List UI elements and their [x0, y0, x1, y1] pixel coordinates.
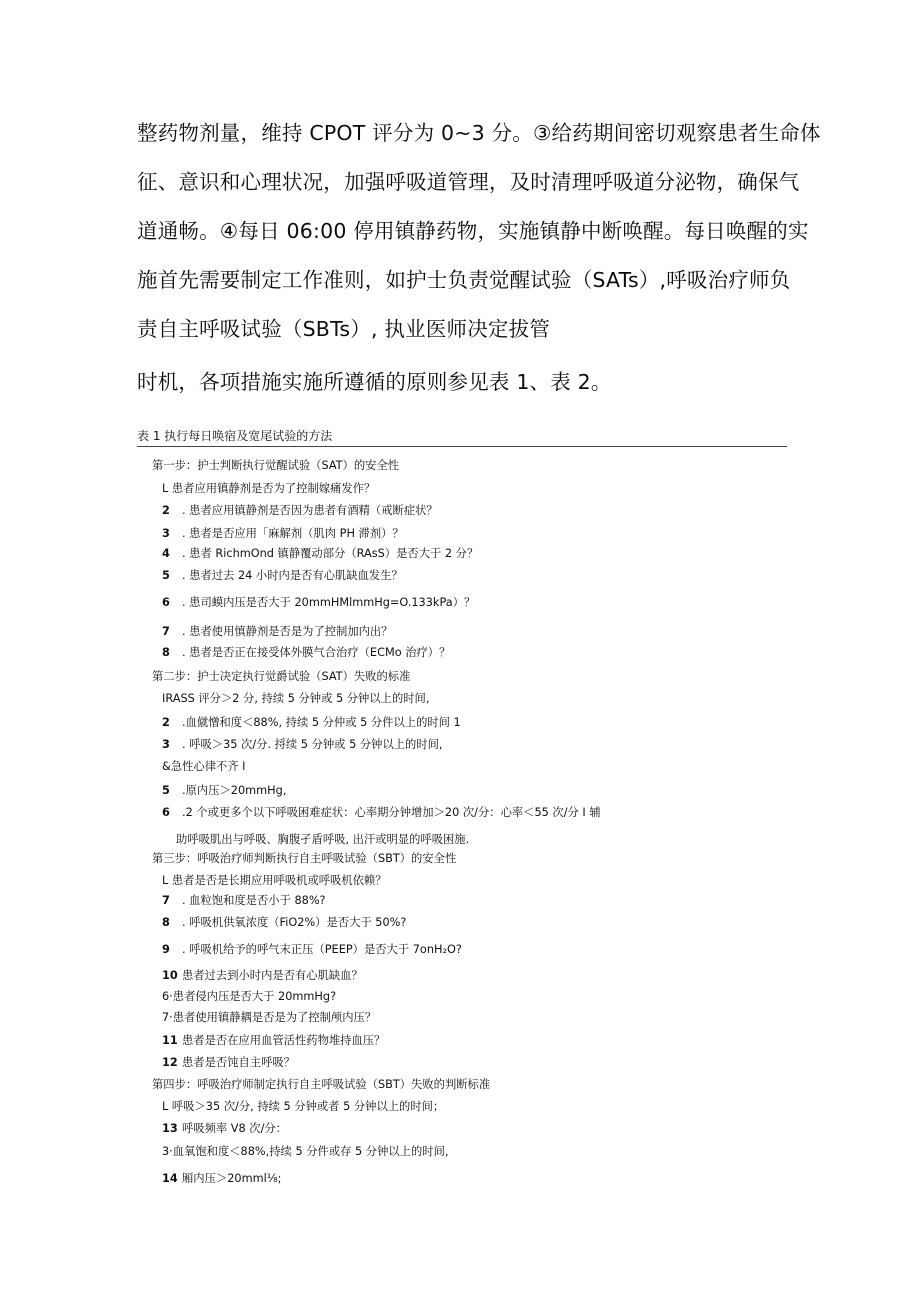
table-row: &急性心律不齐 I — [162, 760, 246, 774]
table-row: 8. 呼吸机供氧浓度（FiO2%）是否大于 50%? — [162, 916, 406, 930]
paragraph-line: 施首先需要制定工作准则，如护士负责觉醒试验（SATs）,呼吸治疗师负 — [137, 268, 790, 292]
table-row: 6·患者侵内压是否大于 20mmHg? — [162, 990, 336, 1004]
paragraph-line: 时机，各项措施实施所遵循的原则参见表 1、表 2。 — [137, 370, 612, 394]
table-row: 7. 患者使用慎静剂是否是为了控制加内出？ — [162, 625, 393, 639]
table-row: L 呼吸＞35 次/分, 持续 5 分钟或者 5 分钟以上的时间； — [162, 1100, 444, 1114]
table-row: 11患者是否在应用血管活性药物堆持血压？ — [162, 1034, 385, 1048]
step-heading: 第一步：护士判断执行觉醒试验（SAT）的安全性 — [152, 459, 399, 473]
table-row: IRASS 评分＞2 分, 持续 5 分钟或 5 分钟以上的时间, — [162, 692, 429, 706]
table-top-rule — [137, 446, 787, 447]
paragraph-line: 责自主呼吸试验（SBTs）, 执业医师决定拔管 — [137, 317, 550, 341]
paragraph-line: 征、意识和心理状况，加强呼吸道管理，及时清理呼吸道分泌物，确保气 — [137, 170, 799, 194]
table-row: 2.血僦憎和度＜88%, 持续 5 分仲或 5 分件以上的时间 1 — [162, 716, 461, 730]
table-row: 7. 血粒饱和度是否小于 88%? — [162, 894, 326, 908]
table-row: 3. 患者是否应用「麻解剂（肌肉 PH 滞剂）？ — [162, 527, 404, 541]
table-row: 8. 患者是否正在接受体外膜气合治疗（ECMo 治疗）？ — [162, 646, 450, 660]
table-row-continuation: 助呼吸肌出与呼吸、胸腹孑盾呼吸, 出汗或明显的呼吸困施. — [176, 833, 469, 847]
table-row: 10患者过去到小时内是否有心肌缺血？ — [162, 969, 363, 983]
table-row: 12患者是否饨自主呼吸？ — [162, 1056, 295, 1070]
table-row: 5.原内压＞20mmHg, — [162, 784, 286, 798]
paragraph-line: 道通畅。④每日 06:00 停用镇静药物，实施镇静中断唤醒。每日唤醒的实 — [137, 219, 809, 243]
table-row: 7·患者使用镇静耦是否是为了控制颅内压？ — [162, 1011, 376, 1025]
table-row: 6.2 个或更多个以下呼吸困难症状：心率期分钟增加＞20 次/分：心率＜55 次… — [162, 806, 601, 820]
paragraph-line: 整药物剂量，维持 CPOT 评分为 0~3 分。③给药期间密切观察患者生命体 — [137, 121, 821, 145]
table-row: 2. 患者应用镇静剂是否因为患者有酒精（戒断症状？ — [162, 504, 438, 518]
table-row: 13呼吸频率 V8 次/分： — [162, 1122, 287, 1136]
step-heading: 第二步：护士决定执行觉爵试验（SAT）失败的标准 — [152, 670, 410, 684]
table-row: 4. 患者 RichmOnd 镇静覆动部分（RAsS）是否大于 2 分？ — [162, 547, 478, 561]
table-row: 5. 患者过去 24 小时内是否有心肌缺血发生？ — [162, 569, 403, 583]
table-row: 9. 呼吸机给予的呼气末正压（PEEP）是否大于 7onH₂O? — [162, 943, 462, 957]
table-row: 3·血氧饱和度＜88%,持续 5 分件或存 5 分钟以上的时间, — [162, 1145, 448, 1159]
table-caption: 表 1 执行每日唤宿及宽尾试验的方法 — [137, 429, 332, 444]
table-row: L 患者应用镇静剂是否为了控制嫁痛发作？ — [162, 482, 375, 496]
table-row: 3. 呼吸＞35 次/分. 捋续 5 分钟或 5 分钟以上的时间, — [162, 738, 443, 752]
table-row: 6. 患司蟆内压是否大于 20mmHMlmmHg=O.133kPa）？ — [162, 596, 475, 610]
step-heading: 第四步：呼吸治疗师制定执行自主呼吸试验（SBT）失败的判断标准 — [152, 1078, 490, 1092]
step-heading: 第三步：呼吸治疗师判断执行自主呼吸试验（SBT）的安全性 — [152, 852, 456, 866]
table-row: L 患者是否是长期应用呼吸机或呼吸机依赖？ — [162, 874, 387, 888]
table-row: 14厢内压＞20mml⅛; — [162, 1172, 281, 1186]
